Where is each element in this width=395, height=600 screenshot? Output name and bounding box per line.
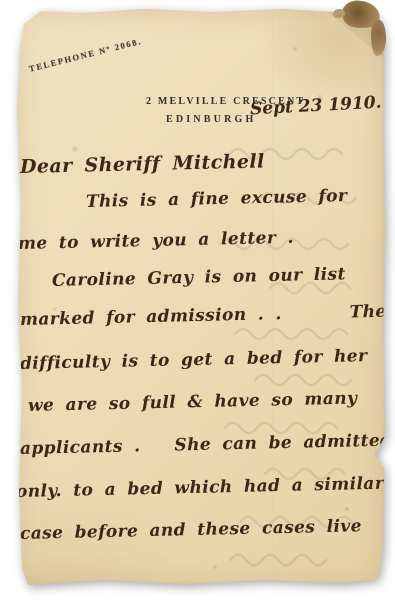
page-background: { "colors":{ "background":"#ffffff", "pa… [0, 0, 395, 600]
letter-line: difficulty is to get a bed for her [20, 346, 368, 374]
letter-line: only. to a bed which had a similar [16, 474, 385, 502]
telephone-stamp: TELEPHONE Nº 2068. [28, 36, 143, 74]
letter-page-wrapper: TELEPHONE Nº 2068. 2 MELVILLE CRESCENT E… [14, 8, 385, 586]
letter-line: me to write you a letter . [18, 228, 294, 254]
salutation: Dear Sheriff Mitchell [20, 150, 265, 178]
corner-fold-shading [311, 8, 385, 72]
corner-fold-crease-line [320, 0, 383, 11]
letter-line: case before and these cases live [20, 516, 362, 544]
letter-line: applicants . She can be admitted [20, 431, 393, 459]
vertical-fold-crease [272, 8, 274, 586]
foxing-spots [14, 8, 16, 10]
letter-line: This is a fine excuse for [86, 186, 348, 212]
letter-line: we are so full & have so many [28, 389, 358, 416]
letter-paper: TELEPHONE Nº 2068. 2 MELVILLE CRESCENT E… [14, 8, 385, 586]
letterhead-city: EDINBURGH [166, 114, 256, 125]
letter-line: marked for admission . . The [20, 302, 387, 330]
letter-line: Caroline Gray is on our list [52, 264, 346, 291]
